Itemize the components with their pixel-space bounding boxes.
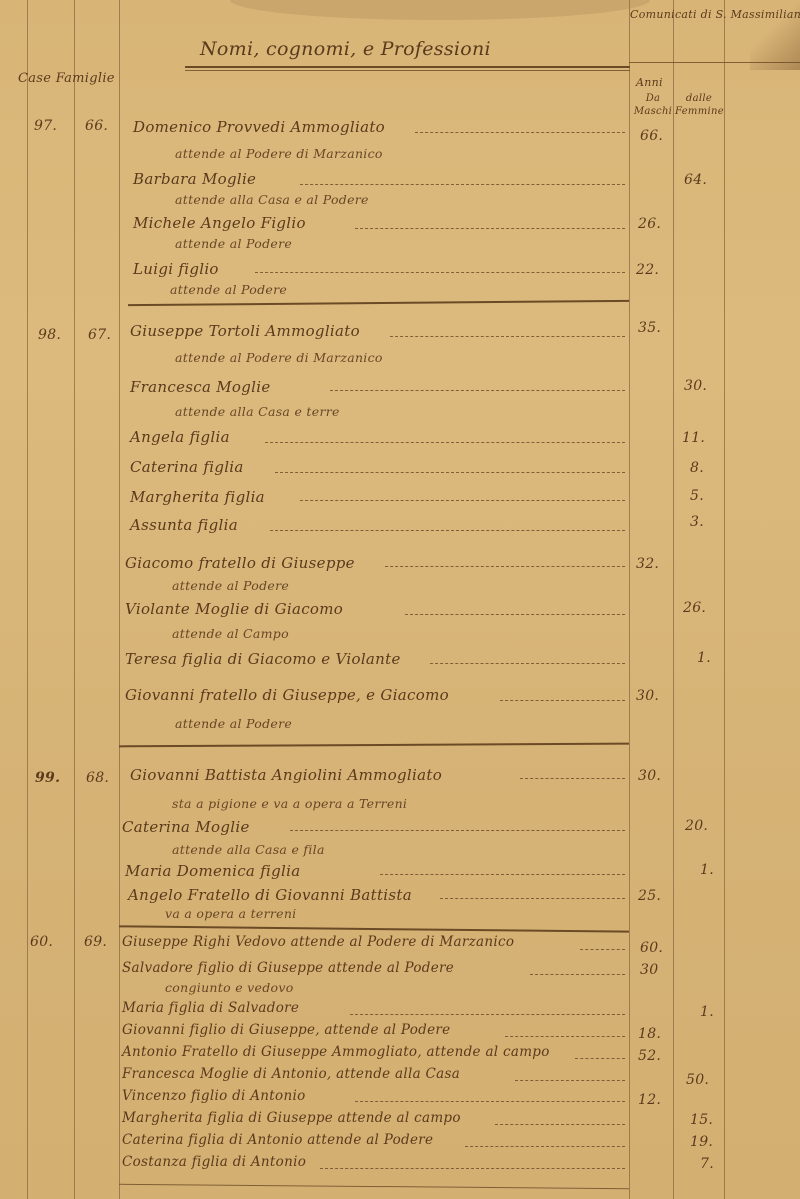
leader-dashes — [275, 472, 625, 473]
female-label: dalle Femmine — [675, 92, 723, 118]
member-name: Francesca Moglie — [130, 378, 271, 396]
title-underline — [185, 66, 630, 68]
leader-dashes — [500, 700, 625, 701]
leader-dashes — [465, 1146, 625, 1147]
leader-dashes — [415, 132, 625, 133]
leader-dashes — [255, 272, 625, 273]
male-age: 66. — [640, 128, 663, 144]
male-age: 32. — [636, 556, 659, 572]
member-occupation: attende al Podere — [172, 578, 289, 593]
male-age: 60. — [640, 940, 663, 956]
member-name: Giovanni fratello di Giuseppe, e Giacomo — [125, 686, 449, 704]
family-separator — [128, 300, 629, 306]
leader-dashes — [320, 1168, 625, 1169]
leader-dashes — [580, 949, 625, 950]
leader-dashes — [390, 336, 625, 337]
male-age: 30. — [636, 688, 659, 704]
family-separator — [119, 925, 629, 932]
leader-dashes — [575, 1058, 625, 1059]
leader-dashes — [530, 974, 625, 975]
member-name: Domenico Provvedi Ammogliato — [133, 118, 385, 136]
leader-dashes — [290, 830, 625, 831]
member-occupation: va a opera a terreni — [165, 906, 296, 921]
member-name: Costanza figlia di Antonio — [122, 1154, 306, 1170]
house-number: 97. — [34, 118, 57, 134]
member-name: Antonio Fratello di Giuseppe Ammogliato,… — [122, 1044, 550, 1060]
member-occupation: attende al Podere — [170, 282, 287, 297]
leader-dashes — [300, 500, 625, 501]
member-occupation: congiunto e vedovo — [165, 980, 294, 995]
family-number: 66. — [85, 118, 108, 134]
male-age: 30 — [640, 962, 658, 978]
male-age: 25. — [638, 888, 661, 904]
male-age: 18. — [638, 1026, 661, 1042]
family-separator — [119, 1184, 629, 1189]
female-age: 15. — [690, 1112, 713, 1128]
member-name: Giacomo fratello di Giuseppe — [125, 554, 355, 572]
member-name: Margherita figlia — [130, 488, 265, 506]
member-occupation: attende al Podere di Marzanico — [175, 146, 383, 161]
member-name: Assunta figlia — [130, 516, 238, 534]
member-occupation: attende alla Casa e terre — [175, 404, 340, 419]
age-header: Anni — [636, 76, 663, 89]
leader-dashes — [385, 566, 625, 567]
male-age: 52. — [638, 1048, 661, 1064]
member-name: Margherita figlia di Giuseppe attende al… — [122, 1110, 461, 1126]
female-age: 11. — [682, 430, 705, 446]
member-occupation: attende alla Casa e al Podere — [175, 192, 369, 207]
male-label: Da Maschi — [632, 92, 674, 118]
member-name: Luigi figlio — [133, 260, 219, 278]
leader-dashes — [495, 1124, 625, 1125]
member-name: Giuseppe Righi Vedovo attende al Podere … — [122, 934, 514, 950]
member-name: Michele Angelo Figlio — [133, 214, 306, 232]
member-name: Barbara Moglie — [133, 170, 256, 188]
member-name: Francesca Moglie di Antonio, attende all… — [122, 1066, 460, 1082]
page-title: Nomi, cognomi, e Professioni — [200, 38, 491, 60]
member-occupation: attende al Podere — [175, 716, 292, 731]
male-age: 12. — [638, 1092, 661, 1108]
leader-dashes — [265, 442, 625, 443]
member-name: Caterina figlia di Antonio attende al Po… — [122, 1132, 433, 1148]
leader-dashes — [300, 184, 625, 185]
female-age: 20. — [685, 818, 708, 834]
leader-dashes — [355, 1101, 625, 1102]
female-age: 26. — [683, 600, 706, 616]
family-separator — [119, 743, 629, 748]
family-label: Case Famiglie — [18, 72, 115, 85]
male-age: 30. — [638, 768, 661, 784]
header-rule — [629, 62, 800, 63]
family-number: 69. — [84, 934, 107, 950]
leader-dashes — [270, 530, 625, 531]
family-number: 67. — [88, 327, 111, 343]
member-name: Angela figlia — [130, 428, 230, 446]
member-occupation: sta a pigione e va a opera a Terreni — [172, 796, 407, 811]
member-name: Violante Moglie di Giacomo — [125, 600, 343, 618]
female-age: 1. — [700, 1004, 714, 1020]
leader-dashes — [330, 390, 625, 391]
female-age: 64. — [684, 172, 707, 188]
member-occupation: attende al Podere — [175, 236, 292, 251]
member-name: Vincenzo figlio di Antonio — [122, 1088, 306, 1104]
leader-dashes — [505, 1036, 625, 1037]
member-name: Maria figlia di Salvadore — [122, 1000, 299, 1016]
female-age: 50. — [686, 1072, 709, 1088]
female-age-column-rule — [673, 0, 674, 1199]
member-occupation: attende al Podere di Marzanico — [175, 350, 383, 365]
member-name: Salvadore figlio di Giuseppe attende al … — [122, 960, 454, 976]
male-age: 26. — [638, 216, 661, 232]
right-column-rule — [724, 0, 725, 1199]
leader-dashes — [355, 228, 625, 229]
female-age: 5. — [690, 488, 704, 504]
family-column-rule — [119, 0, 120, 1199]
female-age: 8. — [690, 460, 704, 476]
member-name: Caterina Moglie — [122, 818, 250, 836]
member-name: Teresa figlia di Giacomo e Violante — [125, 650, 401, 668]
paper-stain — [230, 0, 650, 20]
member-occupation: attende alla Casa e fila — [172, 842, 325, 857]
male-age: 22. — [636, 262, 659, 278]
male-age: 35. — [638, 320, 661, 336]
member-occupation: attende al Campo — [172, 626, 289, 641]
margin-rule — [27, 0, 28, 1199]
census-page: Nomi, cognomi, e Professioni Comunicati … — [0, 0, 800, 1199]
leader-dashes — [380, 874, 625, 875]
communion-header: Comunicati di S. Massimiliano — [630, 8, 800, 21]
female-age: 1. — [697, 650, 711, 666]
leader-dashes — [350, 1014, 625, 1015]
title-underline-2 — [185, 70, 630, 71]
member-name: Giuseppe Tortoli Ammogliato — [130, 322, 360, 340]
leader-dashes — [405, 614, 625, 615]
member-name: Maria Domenica figlia — [125, 862, 301, 880]
leader-dashes — [440, 898, 625, 899]
female-age: 19. — [690, 1134, 713, 1150]
member-name: Giovanni figlio di Giuseppe, attende al … — [122, 1022, 450, 1038]
leader-dashes — [515, 1080, 625, 1081]
female-age: 1. — [700, 862, 714, 878]
female-age: 3. — [690, 514, 704, 530]
member-name: Caterina figlia — [130, 458, 244, 476]
member-name: Giovanni Battista Angiolini Ammogliato — [130, 766, 442, 784]
house-column-rule — [74, 0, 75, 1199]
family-number: 68. — [86, 770, 109, 786]
leader-dashes — [430, 663, 625, 664]
house-number: 98. — [38, 327, 61, 343]
house-number: 99. — [35, 770, 60, 786]
house-number: 60. — [30, 934, 53, 950]
leader-dashes — [520, 778, 625, 779]
member-name: Angelo Fratello di Giovanni Battista — [128, 886, 412, 904]
female-age: 30. — [684, 378, 707, 394]
male-age-column-rule — [629, 0, 630, 1199]
female-age: 7. — [700, 1156, 714, 1172]
